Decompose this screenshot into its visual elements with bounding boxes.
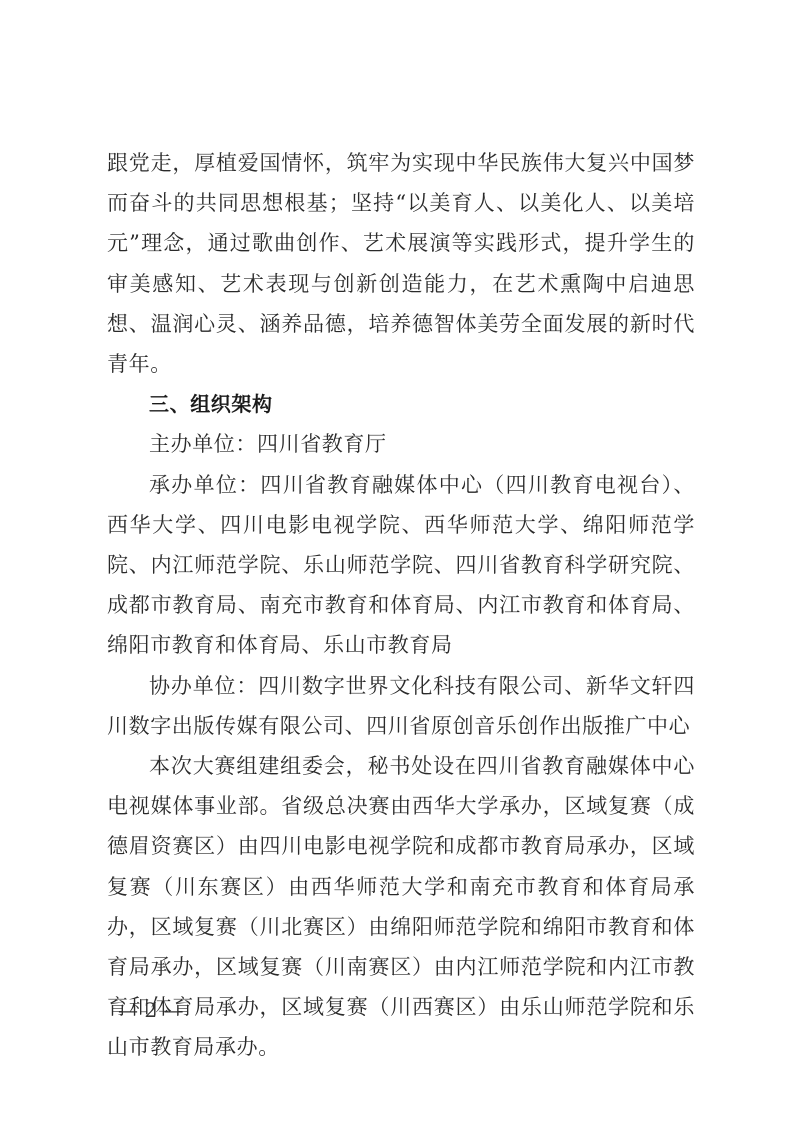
paragraph-host-unit: 主办单位：四川省教育厅 — [107, 424, 695, 464]
section-heading-organization: 三、组织架构 — [107, 384, 695, 424]
paragraph-organizer-units: 承办单位：四川省教育融媒体中心（四川教育电视台）、西华大学、四川电影电视学院、西… — [107, 465, 695, 666]
document-page: 跟党走，厚植爱国情怀，筑牢为实现中华民族伟大复兴中国梦而奋斗的共同思想根基；坚持… — [107, 143, 695, 1068]
page-number: — 2 — — [118, 998, 183, 1022]
paragraph-co-organizer-units: 协办单位：四川数字世界文化科技有限公司、新华文轩四川数字出版传媒有限公司、四川省… — [107, 666, 695, 746]
paragraph-continuation: 跟党走，厚植爱国情怀，筑牢为实现中华民族伟大复兴中国梦而奋斗的共同思想根基；坚持… — [107, 143, 695, 384]
paragraph-committee: 本次大赛组建组委会，秘书处设在四川省教育融媒体中心电视媒体事业部。省级总决赛由西… — [107, 746, 695, 1068]
